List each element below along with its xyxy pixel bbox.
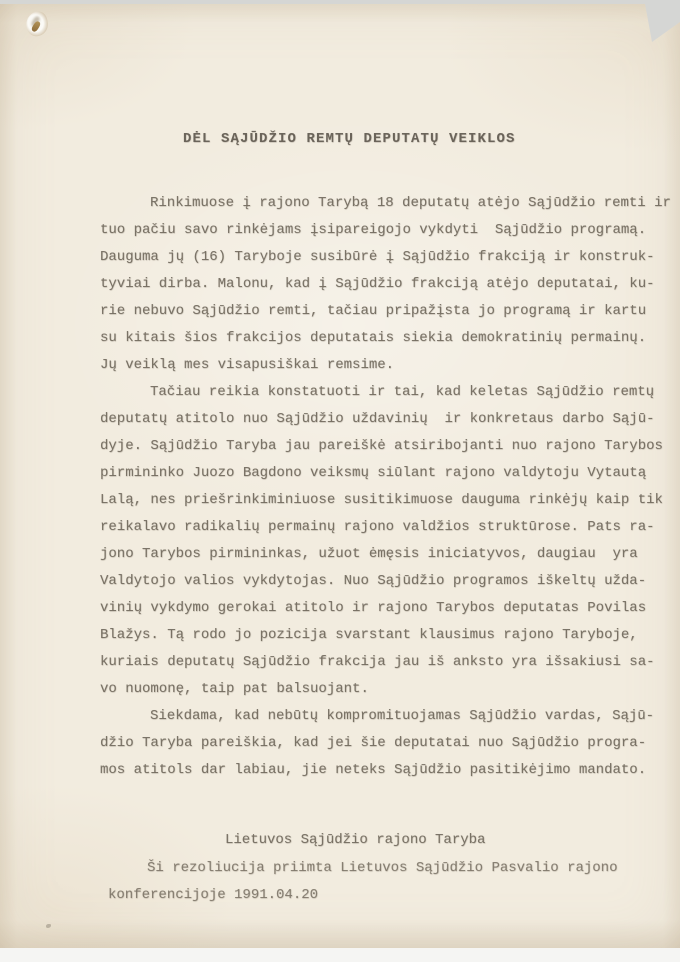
text-line: džio Taryba pareiškia, kad jei šie deput…: [100, 730, 671, 757]
text-line: tyviai dirba. Malonu, kad į Sąjūdžio fra…: [100, 271, 671, 298]
signature-line: Lietuvos Sąjūdžio rajono Taryba: [225, 830, 485, 850]
paper-speck: [46, 924, 51, 928]
text-line: Jų veiklą mes visapusiškai remsime.: [100, 352, 671, 379]
text-line: Siekdama, kad nebūtų kompromituojamas Są…: [100, 703, 671, 730]
text-line: su kitais šios frakcijos deputatais siek…: [100, 325, 671, 352]
text-line: jono Tarybos pirmininkas, užuot ėmęsis i…: [100, 541, 671, 568]
text-line: pirmininko Juozo Bagdono veiksmų siūlant…: [100, 460, 671, 487]
text-line: Dauguma jų (16) Taryboje susibūrė į Sąjū…: [100, 244, 671, 271]
resolution-note-line-1: Ši rezoliucija priimta Lietuvos Sąjūdžio…: [147, 858, 617, 878]
text-line: kuriais deputatų Sąjūdžio frakcija jau i…: [100, 649, 671, 676]
text-line: Valdytojo valios vykdytojas. Nuo Sąjūdži…: [100, 568, 671, 595]
text-line: vo nuomonę, taip pat balsuojant.: [100, 676, 671, 703]
text-line: rie nebuvo Sąjūdžio remti, tačiau pripaž…: [100, 298, 671, 325]
text-line: Tačiau reikia konstatuoti ir tai, kad ke…: [100, 379, 671, 406]
text-line: deputatų atitolo nuo Sąjūdžio uždavinių …: [100, 406, 671, 433]
text-line: Blažys. Tą rodo jo pozicija svarstant kl…: [100, 622, 671, 649]
text-line: Lalą, nes priešrinkiminiuose susitikimuo…: [100, 487, 671, 514]
document-title: DĖL SĄJŪDŽIO REMTŲ DEPUTATŲ VEIKLOS: [183, 131, 516, 147]
resolution-note-line-2: konferencijoje 1991.04.20: [108, 885, 318, 905]
text-line: reikalavo radikalių permainų rajono vald…: [100, 514, 671, 541]
text-line: mos atitols dar labiau, jie neteks Sąjūd…: [100, 757, 671, 784]
text-line: vinių vykdymo gerokai atitolo ir rajono …: [100, 595, 671, 622]
text-line: dyje. Sąjūdžio Taryba jau pareiškė atsir…: [100, 433, 671, 460]
document-body: Rinkimuose į rajono Tarybą 18 deputatų a…: [100, 190, 671, 784]
text-line: tuo pačiu savo rinkėjams įsipareigojo vy…: [100, 217, 671, 244]
photo-backdrop-strip: [0, 948, 680, 962]
paper-sheet: DĖL SĄJŪDŽIO REMTŲ DEPUTATŲ VEIKLOS Rink…: [0, 4, 680, 948]
text-line: Rinkimuose į rajono Tarybą 18 deputatų a…: [100, 190, 671, 217]
